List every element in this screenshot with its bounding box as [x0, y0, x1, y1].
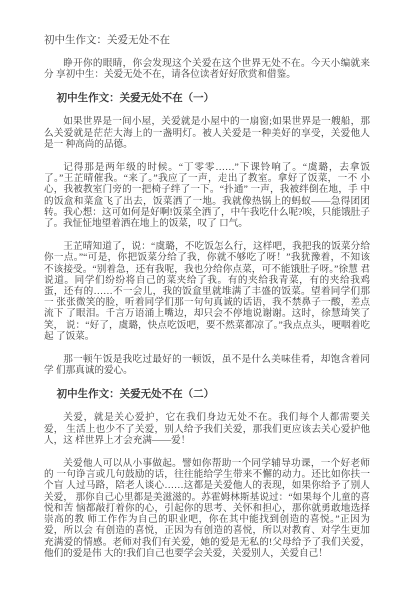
section-1-paragraph-4: 那一顿午饭是我吃过最好的一顿饭，虽不是什么美味佳肴，却饱含着同学 们那真诚的爱心…: [44, 354, 370, 376]
section-1-paragraph-3: 王芷晴知道了，说：“虞璐，不吃饭怎么行，这样吧，我把我的饭菜分给 你一点。”“可…: [44, 241, 370, 342]
document-page: 初中生作文：关爱无处不在 睁开你的眼睛，你会发现这个关爱在这个世界无处不在。今天…: [0, 0, 404, 600]
section-1-heading: 初中生作文：关爱无处不在（一）: [44, 92, 370, 105]
section-1-paragraph-2: 记得那是两年级的时候。“丁零零……”下课铃响了。“虞璐，去拿饭 了。”王芷晴催我…: [44, 162, 370, 229]
intro-paragraph: 睁开你的眼睛，你会发现这个关爱在这个世界无处不在。今天小编就来分 享初中生：关爱…: [44, 58, 370, 80]
section-2-paragraph-2: 关爱他人可以从小事做起。譬如你帮助一个同学辅导功课，一个好老师的 一句诤言或几句…: [44, 458, 370, 559]
section-1-paragraph-1: 如果世界是一间小屋，关爱就是小屋中的一扇窗;如果世界是一艘船，那么关爱就是茫茫大…: [44, 116, 370, 150]
document-title: 初中生作文：关爱无处不在: [44, 34, 370, 47]
section-2-heading: 初中生作文：关爱无处不在（二）: [44, 388, 370, 401]
section-2-paragraph-1: 关爱，就是关心爱护，它在我们身边无处不在。我们每个人都需要关爱， 生活上也少不了…: [44, 412, 370, 446]
